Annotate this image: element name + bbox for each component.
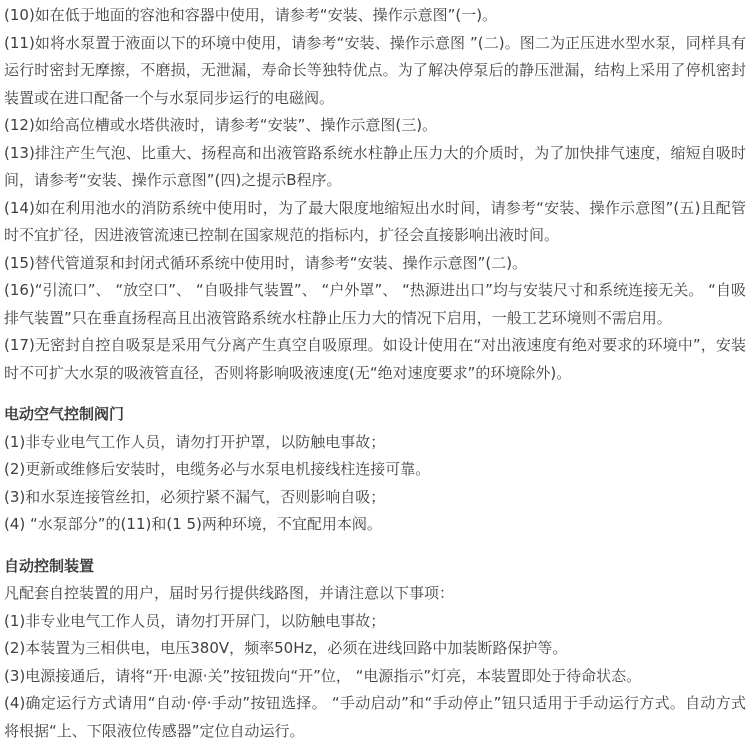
section-heading-auto-control: 自动控制装置 [4, 553, 746, 581]
auto-item-2: (2)本装置为三相供电，电压380V，频率50Hz，必须在进线回路中加装断路保护… [4, 635, 746, 663]
pump-item-14: (14)如在利用池水的消防系统中使用时，为了最大限度地缩短出水时间，请参考“安装… [4, 195, 746, 250]
pump-item-15: (15)替代管道泵和封闭式循环系统中使用时，请参考“安装、操作示意图”(二)。 [4, 250, 746, 278]
auto-item-3: (3)电源接通后，请将“开·电源·关”按钮拨向“开”位， “电源指示”灯亮，本装… [4, 663, 746, 691]
pump-item-11: (11)如将水泵置于液面以下的环境中使用，请参考“安装、操作示意图 ”(二)。图… [4, 30, 746, 113]
auto-item-4: (4)确定运行方式请用“自动·停·手动”按钮选择。 “手动启动”和“手动停止”钮… [4, 690, 746, 745]
valve-item-2: (2)更新或维修后安装时，电缆务必与水泵电机接线柱连接可靠。 [4, 456, 746, 484]
document-page: (10)如在低于地面的容池和容器中使用，请参考“安装、操作示意图”(一)。 (1… [0, 0, 750, 753]
pump-item-10: (10)如在低于地面的容池和容器中使用，请参考“安装、操作示意图”(一)。 [4, 2, 746, 30]
pump-item-17: (17)无密封自控自吸泵是采用气分离产生真空自吸原理。如设计使用在“对出液速度有… [4, 332, 746, 387]
section-heading-electric-air-valve: 电动空气控制阀门 [4, 401, 746, 429]
pump-item-16: (16)“引流口”、 “放空口”、 “自吸排气装置”、 “户外罩”、 “热源进出… [4, 277, 746, 332]
pump-item-12: (12)如给高位槽或水塔供液时，请参考“安装”、操作示意图(三)。 [4, 112, 746, 140]
valve-item-4: (4) “水泵部分”的(11)和(1 5)两种环境，不宜配用本阀。 [4, 511, 746, 539]
pump-item-13: (13)排注产生气泡、比重大、扬程高和出液管路系统水柱静止压力大的介质时，为了加… [4, 140, 746, 195]
valve-item-1: (1)非专业电气工作人员，请勿打开护罩，以防触电事故； [4, 429, 746, 457]
valve-item-3: (3)和水泵连接管丝扣，必须拧紧不漏气，否则影响自吸； [4, 484, 746, 512]
auto-control-intro: 凡配套自控装置的用户，届时另行提供线路图，并请注意以下事项： [4, 580, 746, 608]
auto-item-1: (1)非专业电气工作人员，请勿打开屏门，以防触电事故； [4, 608, 746, 636]
